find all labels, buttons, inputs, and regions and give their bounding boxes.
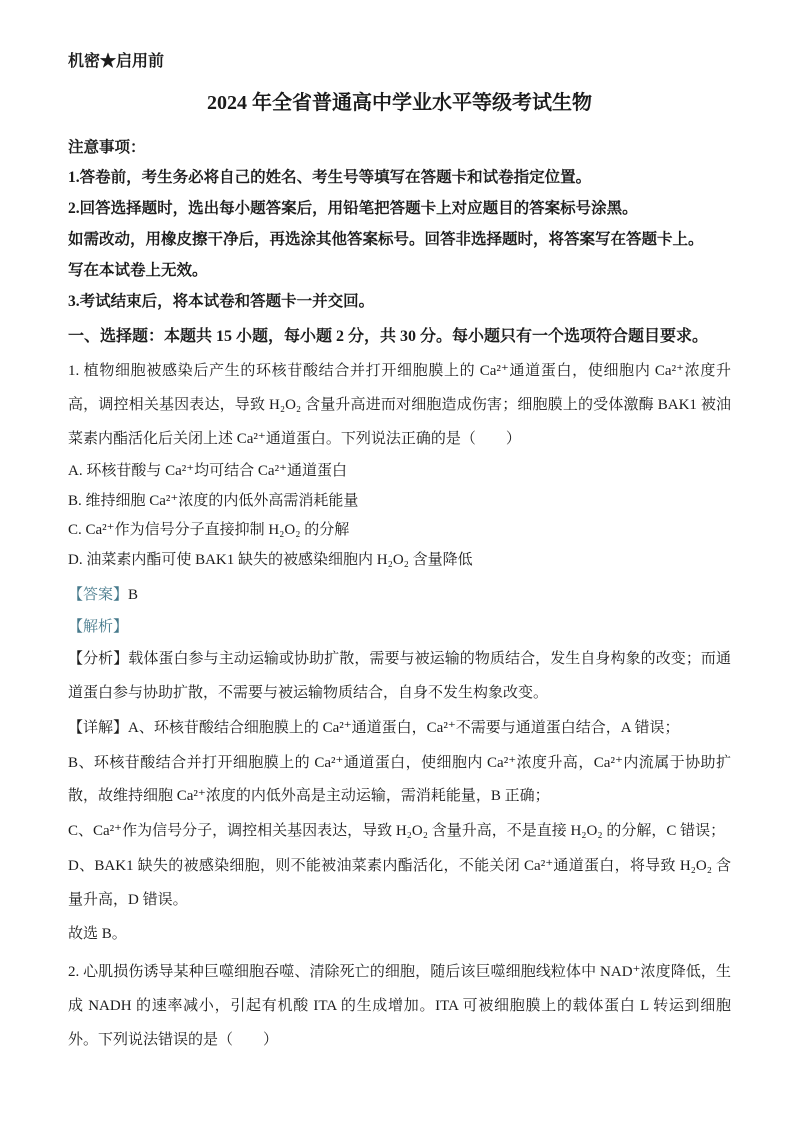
note-line-1: 1.答卷前，考生务必将自己的姓名、考生号等填写在答题卡和试卷指定位置。 xyxy=(68,162,731,193)
question-1-stem: 1. 植物细胞被感染后产生的环核苷酸结合并打开细胞膜上的 Ca²⁺通道蛋白，使细… xyxy=(68,355,731,456)
note-line-2-cont: 如需改动，用橡皮擦干净后，再选涂其他答案标号。回答非选择题时，将答案写在答题卡上… xyxy=(68,224,731,255)
question-1-option-c: C. Ca²⁺作为信号分子直接抑制 H₂O₂ 的分解 xyxy=(68,516,731,545)
detail-paragraph-d: D、BAK1 缺失的被感染细胞，则不能被油菜素内酯活化，不能关闭 Ca²⁺通道蛋… xyxy=(68,850,731,918)
detail-conclusion: 故选 B。 xyxy=(68,918,731,952)
note-line-2: 2.回答选择题时，选出每小题答案后，用铅笔把答题卡上对应题目的答案标号涂黑。 xyxy=(68,193,731,224)
note-line-2-cont2: 写在本试卷上无效。 xyxy=(68,255,731,286)
exam-paper-page: 机密★启用前 2024 年全省普通高中学业水平等级考试生物 注意事项： 1.答卷… xyxy=(0,0,793,1122)
note-line-3: 3.考试结束后，将本试卷和答题卡一并交回。 xyxy=(68,286,731,317)
answer-line: 【答案】B xyxy=(68,580,731,610)
section-1-heading: 一、选择题：本题共 15 小题，每小题 2 分，共 30 分。每小题只有一个选项… xyxy=(68,321,731,353)
question-2-stem: 2. 心肌损伤诱导某种巨噬细胞吞噬、清除死亡的细胞，随后该巨噬细胞线粒体中 NA… xyxy=(68,956,731,1057)
notes-heading: 注意事项： xyxy=(68,133,731,162)
detail-paragraph-a: 【详解】A、环核苷酸结合细胞膜上的 Ca²⁺通道蛋白，Ca²⁺不需要与通道蛋白结… xyxy=(68,712,731,746)
detail-paragraph-b: B、环核苷酸结合并打开细胞膜上的 Ca²⁺通道蛋白，使细胞内 Ca²⁺浓度升高，… xyxy=(68,747,731,815)
page-title: 2024 年全省普通高中学业水平等级考试生物 xyxy=(68,89,731,117)
detail-paragraph-c: C、Ca²⁺作为信号分子，调控相关基因表达，导致 H₂O₂ 含量升高，不是直接 … xyxy=(68,815,731,849)
question-1-option-b: B. 维持细胞 Ca²⁺浓度的内低外高需消耗能量 xyxy=(68,487,731,516)
question-1-option-a: A. 环核苷酸与 Ca²⁺均可结合 Ca²⁺通道蛋白 xyxy=(68,457,731,486)
confidential-notice: 机密★启用前 xyxy=(68,52,731,73)
question-1-block: 1. 植物细胞被感染后产生的环核苷酸结合并打开细胞膜上的 Ca²⁺通道蛋白，使细… xyxy=(68,355,731,952)
answer-label: 【答案】 xyxy=(68,587,128,603)
question-2-block: 2. 心肌损伤诱导某种巨噬细胞吞噬、清除死亡的细胞，随后该巨噬细胞线粒体中 NA… xyxy=(68,956,731,1057)
analysis-paragraph: 【分析】载体蛋白参与主动运输或协助扩散，需要与被运输的物质结合，发生自身构象的改… xyxy=(68,643,731,711)
question-1-option-d: D. 油菜素内酯可使 BAK1 缺失的被感染细胞内 H₂O₂ 含量降低 xyxy=(68,546,731,575)
explanation-label: 【解析】 xyxy=(68,612,731,642)
answer-value: B xyxy=(128,587,138,603)
